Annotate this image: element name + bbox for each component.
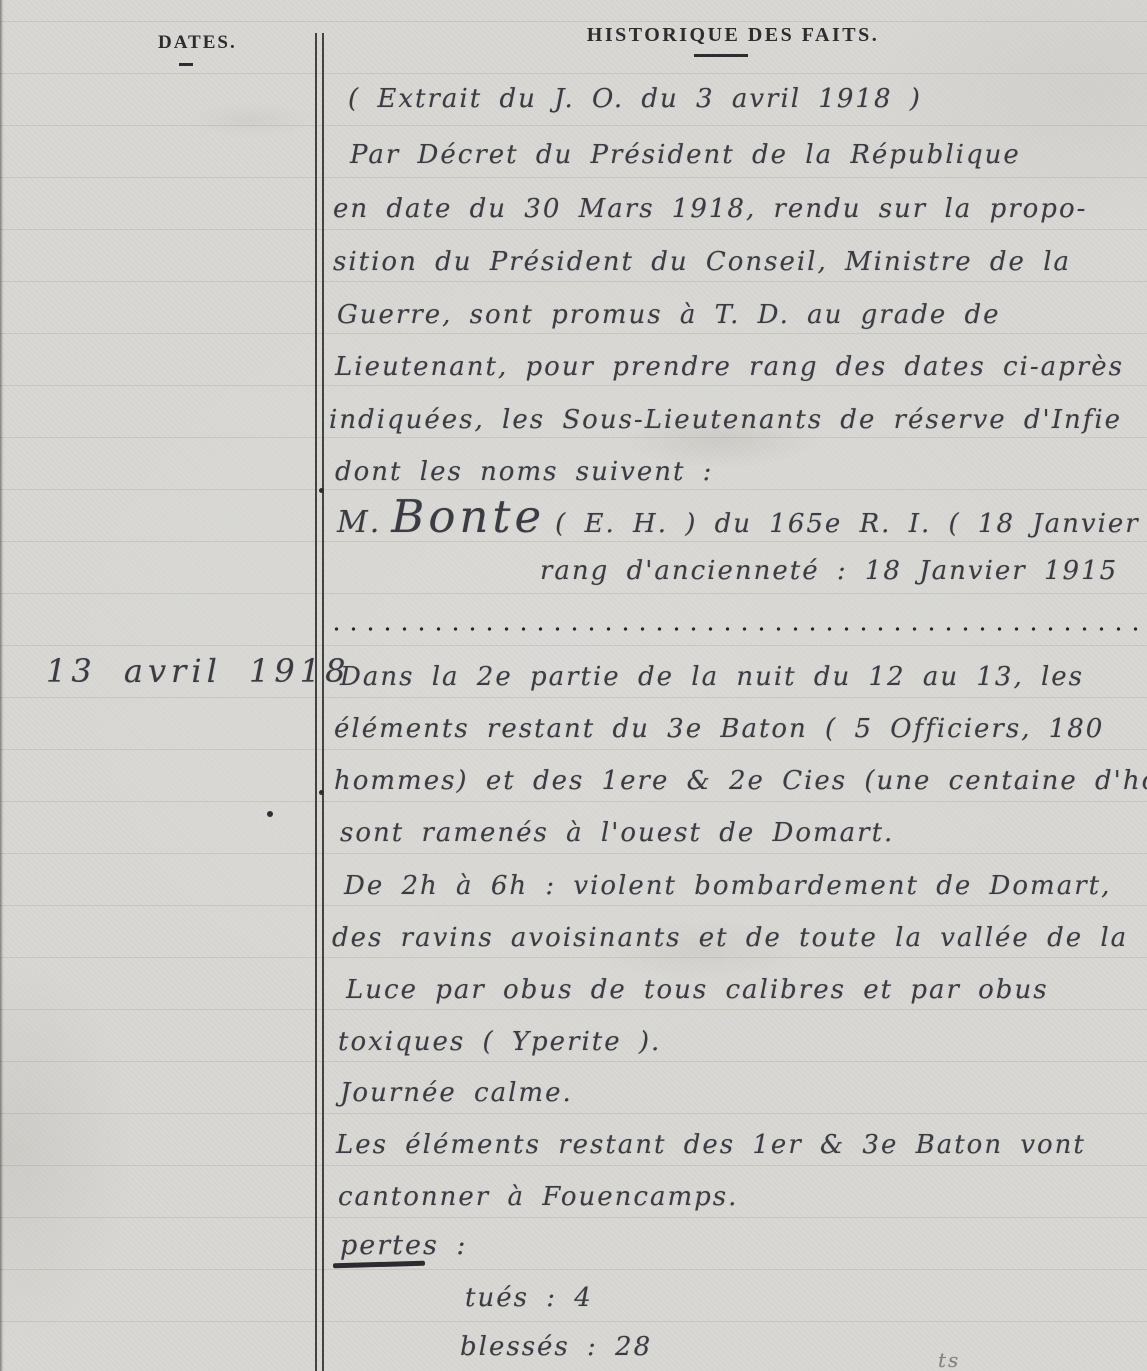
name-prefix: M. bbox=[337, 505, 381, 540]
handwritten-line: toxiques ( Yperite ). bbox=[338, 1027, 661, 1057]
name-suffix: ( E. H. ) du 165e R. I. ( 18 Janvier 191… bbox=[555, 509, 1147, 539]
officer-name-line: M. Bonte ( E. H. ) du 165e R. I. ( 18 Ja… bbox=[337, 490, 1147, 543]
handwritten-line: ( Extrait du J. O. du 3 avril 1918 ) bbox=[348, 84, 922, 114]
column-divider-left-line bbox=[315, 33, 317, 1371]
ink-dot bbox=[267, 811, 273, 817]
handwritten-line: sition du Président du Conseil, Ministre… bbox=[333, 247, 1071, 277]
partial-next-line-fragment: ts bbox=[938, 1348, 960, 1371]
handwritten-line: en date du 30 Mars 1918, rendu sur la pr… bbox=[333, 194, 1087, 224]
losses-underline bbox=[333, 1261, 425, 1269]
dates-header-dash bbox=[179, 63, 193, 66]
casualty-line-wounded: blessés : 28 bbox=[460, 1332, 652, 1362]
handwritten-line: Luce par obus de tous calibres et par ob… bbox=[346, 975, 1049, 1005]
handwritten-line: cantonner à Fouencamps. bbox=[338, 1182, 738, 1212]
handwritten-line: Guerre, sont promus à T. D. au grade de bbox=[337, 300, 1001, 330]
ink-dot bbox=[319, 488, 324, 493]
handwritten-line: Lieutenant, pour prendre rang des dates … bbox=[335, 352, 1124, 382]
handwritten-line: éléments restant du 3e Baton ( 5 Officie… bbox=[334, 714, 1104, 744]
handwritten-line: sont ramenés à l'ouest de Domart. bbox=[340, 818, 894, 848]
ink-dot bbox=[319, 790, 324, 795]
handwritten-line: hommes) et des 1ere & 2e Cies (une centa… bbox=[334, 766, 1147, 796]
handwritten-line: indiquées, les Sous-Lieutenants de réser… bbox=[329, 405, 1122, 435]
page-left-edge bbox=[0, 0, 4, 1371]
dates-column-header: DATES. bbox=[158, 32, 237, 54]
dotted-separator bbox=[326, 625, 1147, 633]
column-divider-right-line bbox=[322, 33, 324, 1371]
handwritten-line: Par Décret du Président de la République bbox=[350, 140, 1021, 170]
handwritten-line: dont les noms suivent : bbox=[335, 457, 713, 487]
historique-header-underline bbox=[694, 54, 748, 57]
historique-column-header: HISTORIQUE DES FAITS. bbox=[587, 24, 879, 47]
handwritten-line: Les éléments restant des 1er & 3e Baton … bbox=[336, 1130, 1086, 1160]
handwritten-line: De 2h à 6h : violent bombardement de Dom… bbox=[344, 871, 1111, 901]
seniority-rank-line: rang d'ancienneté : 18 Janvier 1915 bbox=[540, 556, 1118, 586]
handwritten-line: Journée calme. bbox=[340, 1078, 573, 1108]
handwritten-line: Dans la 2e partie de la nuit du 12 au 13… bbox=[340, 662, 1084, 692]
losses-label: pertes : bbox=[340, 1230, 468, 1261]
handwritten-line: des ravins avoisinants et de toute la va… bbox=[332, 923, 1128, 953]
entry-date: 13 avril 1918 bbox=[46, 652, 350, 690]
casualty-line-killed: tués : 4 bbox=[465, 1283, 593, 1313]
war-diary-page: DATES. HISTORIQUE DES FAITS. ( Extrait d… bbox=[0, 0, 1147, 1371]
officer-name: Bonte bbox=[391, 490, 545, 543]
